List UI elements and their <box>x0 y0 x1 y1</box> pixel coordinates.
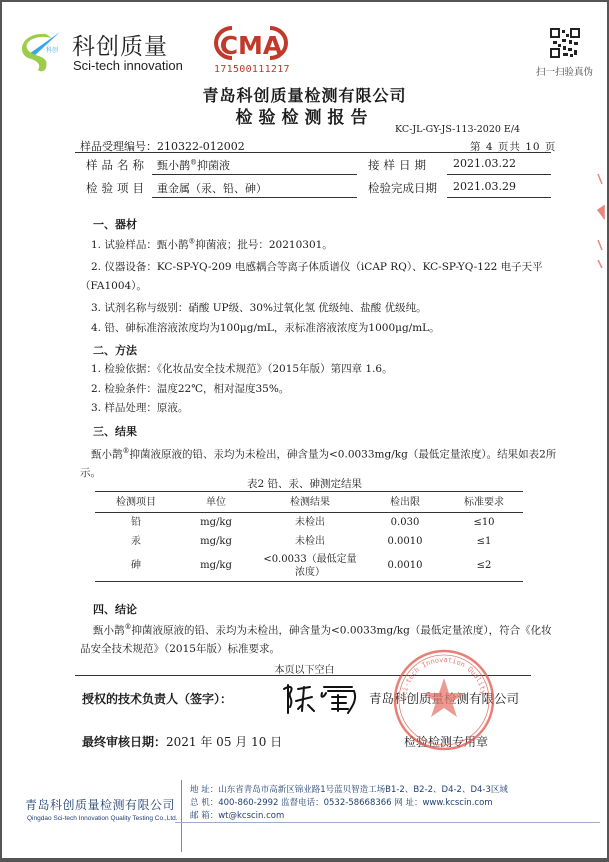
complete-date-value: 2021.03.29 <box>453 180 516 193</box>
section-method-heading: 二、方法 <box>93 342 137 358</box>
divider <box>75 152 551 153</box>
final-review-label: 最终审核日期： <box>82 735 166 749</box>
cma-certification-icon: CMA <box>214 24 288 62</box>
cma-letters: CMA <box>220 31 283 60</box>
cma-number: 171500111217 <box>214 64 290 75</box>
official-seal-icon: Sci-tech Innovation Quality Testing Co.,… <box>392 648 496 752</box>
method-item-1: 1. 检验依据：《化妆品安全技术规范》（2015年版）第四章 1.6。 <box>91 361 393 376</box>
footer-company-cn: 青岛科创质量检测有限公司 <box>25 796 175 813</box>
logo-en-text: Sci-tech innovation <box>73 58 183 73</box>
divider <box>152 174 357 175</box>
divider <box>152 197 357 198</box>
section-results-heading: 三、结果 <box>93 423 137 439</box>
section-conclusion-heading: 四、结论 <box>93 601 137 617</box>
test-item-value: 重金属（汞、铅、砷） <box>157 180 267 196</box>
receive-date-value: 2021.03.22 <box>453 157 516 170</box>
materials-item-2: 2. 仪器设备：KC-SP-YQ-209 电感耦合等离子体质谱仪（iCAP RQ… <box>80 258 560 296</box>
signature-image <box>280 679 360 719</box>
final-review-date: 2021 年 05 月 10 日 <box>166 735 282 749</box>
footer-email[interactable]: 邮 箱：wt@kcscin.com <box>190 809 284 821</box>
footer-address: 地 址：山东省青岛市高新区锦业路1号蓝贝智造工场B1-2、B2-2、D4-2、D… <box>190 783 508 795</box>
table-caption: 表2 铅、汞、砷测定结果 <box>0 476 609 491</box>
footer-company-en: Qingdao Sci-tech Innovation Quality Test… <box>27 815 178 822</box>
section-materials-heading: 一、器材 <box>93 216 137 232</box>
divider <box>175 822 600 823</box>
materials-item-4: 4. 铅、砷标准溶液浓度均为100μg/mL，汞标准溶液浓度为1000μg/mL… <box>91 320 440 335</box>
materials-item-3: 3. 试剂名称与级别：硝酸 UP级、30%过氧化氢 优级纯、盐酸 优级纯。 <box>91 300 427 315</box>
divider <box>181 780 182 852</box>
sci-tech-logo-icon: 科创 <box>16 24 66 74</box>
materials-item-1: 1. 试验样品：甄小鹊®抑菌液；批号：20210301。 <box>91 237 333 252</box>
qr-code-icon[interactable] <box>550 28 580 58</box>
table-row: 砷 mg/kg <0.0033（最低定量浓度） 0.0010 ≤2 <box>95 551 523 582</box>
blank-page-note: 本页以下空白 <box>0 661 609 676</box>
test-item-label: 检验项目 <box>86 180 148 196</box>
document-code: KC-JL-GY-JS-113-2020 E/4 <box>395 124 520 135</box>
divider <box>447 174 551 175</box>
sample-name-label: 样品名称 <box>86 157 148 173</box>
tech-lead-label: 授权的技术负责人（签字）： <box>82 690 232 707</box>
col-header-result: 检测结果 <box>255 492 365 513</box>
results-table: 检测项目 单位 检测结果 检出限 标准要求 铅 mg/kg 未检出 0.030 … <box>95 491 523 582</box>
receive-date-label: 接样日期 <box>368 157 430 173</box>
divider <box>447 197 551 198</box>
col-header-detection-limit: 检出限 <box>365 492 445 513</box>
footer-phone: 总 机：400-860-2992 监督电话：0532-58668366 网 址：… <box>190 796 493 808</box>
table-row: 铅 mg/kg 未检出 0.030 ≤10 <box>95 513 523 532</box>
logo-cn-text: 科创质量 <box>72 28 168 61</box>
logo-badge: 科创 <box>46 46 58 54</box>
sample-name-value: 甄小鹊®抑菌液 <box>157 157 230 173</box>
table-row: 汞 mg/kg 未检出 0.0010 ≤1 <box>95 532 523 551</box>
qr-verify-label: 扫一扫验真伪 <box>536 64 593 78</box>
table-header-row: 检测项目 单位 检测结果 检出限 标准要求 <box>95 492 523 513</box>
method-item-2: 2. 检验条件：温度22℃，相对湿度35%。 <box>91 381 289 396</box>
complete-date-label: 检验完成日期 <box>368 180 437 196</box>
col-header-item: 检测项目 <box>95 492 177 513</box>
final-review: 最终审核日期：2021 年 05 月 10 日 <box>82 733 282 750</box>
col-header-standard: 标准要求 <box>445 492 523 513</box>
col-header-unit: 单位 <box>177 492 255 513</box>
perforation-seal-mark <box>592 170 606 270</box>
method-item-3: 3. 样品处理：原液。 <box>91 400 188 415</box>
